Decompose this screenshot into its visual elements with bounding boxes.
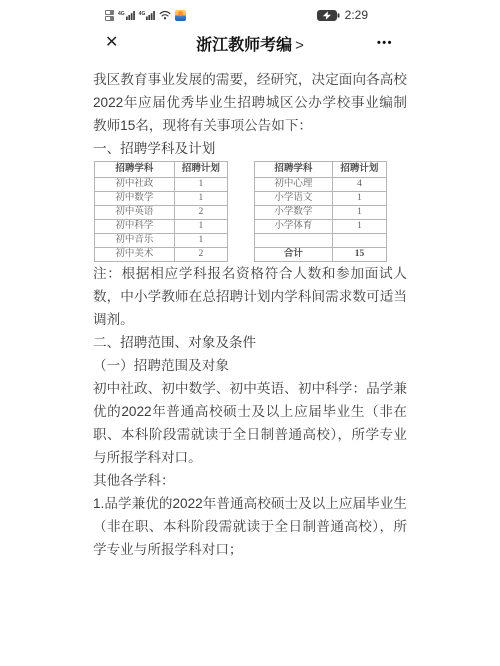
more-options-icon[interactable]: ••• [377,37,393,49]
plan-header: 招聘计划 [174,162,227,178]
section2-heading: 二、招聘范围、对象及条件 [93,331,407,354]
table-row-empty [255,234,387,248]
sim1-volte-icon [105,10,114,15]
article-view: 4G 4G [85,0,415,561]
subject-cell: 初中社政 [95,178,175,192]
subject-cell: 初中科学 [95,220,175,234]
section1-heading: 一、招聘学科及计划 [93,137,407,160]
sunset-emoji-icon [175,10,186,21]
plan-cell: 1 [174,178,227,192]
clock-time: 2:29 [345,8,368,22]
other-subjects-heading: 其他各学科： [93,469,407,492]
total-value-cell: 15 [332,248,386,262]
plan-cell: 2 [174,248,227,262]
table-row: 初中社政 1 [95,178,228,192]
sub-section-heading: （一）招聘范围及对象 [93,354,407,377]
wifi-icon [159,10,171,20]
plan-cell [332,234,386,248]
subject-cell: 初中心理 [255,178,333,192]
plan-cell: 1 [332,192,386,206]
table-row: 小学数学 1 [255,206,387,220]
plan-cell: 1 [174,220,227,234]
scope-paragraph: 初中社政、初中数学、初中英语、初中科学：品学兼优的2022年普通高校硕士及以上应… [93,377,407,469]
table-row: 初中音乐 1 [95,234,228,248]
table-header-row: 招聘学科 招聘计划 [95,162,228,178]
recruit-plan-table-left: 招聘学科 招聘计划 初中社政 1 初中数学 1 初中英语 2 初中科学 1 [94,161,228,262]
table-row: 初中美术 2 [95,248,228,262]
table-row: 初中心理 4 [255,178,387,192]
plan-header: 招聘计划 [332,162,386,178]
total-label-cell: 合计 [255,248,333,262]
nav-bar: ✕ 浙江教师考编> ••• [85,24,415,60]
plan-cell: 4 [332,178,386,192]
subject-header: 招聘学科 [255,162,333,178]
signal-bars-icon [126,11,135,20]
plan-cell: 1 [332,206,386,220]
note-paragraph: 注：根据相应学科报名资格符合人数和参加面试人数，中小学教师在总招聘计划内学科间需… [93,262,407,331]
subject-cell: 初中数学 [95,192,175,206]
sim2-volte-icon [105,16,114,21]
table-row: 小学体育 1 [255,220,387,234]
recruit-plan-tables: 招聘学科 招聘计划 初中社政 1 初中数学 1 初中英语 2 初中科学 1 [94,161,407,262]
status-right: 2:29 [317,8,368,22]
subject-cell: 初中美术 [95,248,175,262]
status-left-icons: 4G 4G [105,10,186,21]
page-title-text: 浙江教师考编 [196,37,292,54]
dual-sim-volte-icons [105,10,114,21]
page-title[interactable]: 浙江教师考编> [85,32,415,55]
subject-cell: 初中英语 [95,206,175,220]
subject-cell: 小学体育 [255,220,333,234]
close-icon[interactable]: ✕ [105,34,118,52]
plan-cell: 1 [332,220,386,234]
recruit-plan-table-right: 招聘学科 招聘计划 初中心理 4 小学语文 1 小学数学 1 小学体育 1 [254,161,387,262]
subject-cell [255,234,333,248]
intro-paragraph: 我区教育事业发展的需要，经研究，决定面向各高校2022年应届优秀毕业生招聘城区公… [93,68,407,137]
plan-cell: 1 [174,192,227,206]
table-total-row: 合计 15 [255,248,387,262]
network-type-label: 4G [139,11,146,17]
table-row: 初中数学 1 [95,192,228,206]
article-content: 我区教育事业发展的需要，经研究，决定面向各高校2022年应届优秀毕业生招聘城区公… [85,60,415,561]
table-row: 初中英语 2 [95,206,228,220]
plan-cell: 2 [174,206,227,220]
table-header-row: 招聘学科 招聘计划 [255,162,387,178]
table-row: 小学语文 1 [255,192,387,206]
signal-4g-icon-2: 4G [139,11,156,20]
table-row: 初中科学 1 [95,220,228,234]
status-bar: 4G 4G [85,0,415,24]
signal-4g-icon: 4G [118,11,135,20]
network-type-label: 4G [118,11,125,17]
plan-cell: 1 [174,234,227,248]
subject-cell: 初中音乐 [95,234,175,248]
subject-header: 招聘学科 [95,162,175,178]
subject-cell: 小学语文 [255,192,333,206]
chevron-right-icon: > [295,37,304,54]
subject-cell: 小学数学 [255,206,333,220]
signal-bars-icon [146,11,155,20]
other-item-1-paragraph: 1.品学兼优的2022年普通高校硕士及以上应届毕业生（非在职、本科阶段需就读于全… [93,492,407,561]
battery-charging-icon [317,10,340,21]
